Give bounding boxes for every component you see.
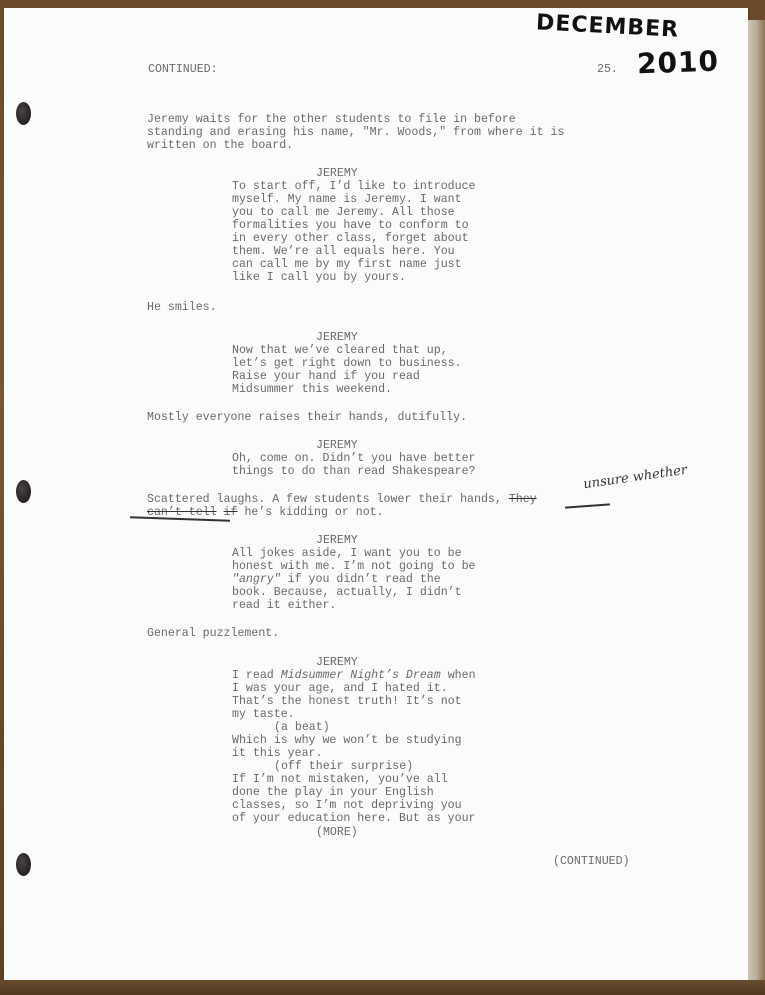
more-marker: (MORE) bbox=[316, 827, 358, 840]
dialogue-line: things to do than read Shakespeare? bbox=[232, 466, 476, 479]
dialogue-line: All jokes aside, I want you to be bbox=[232, 548, 462, 561]
action-line: standing and erasing his name, "Mr. Wood… bbox=[147, 127, 564, 140]
character-name: JEREMY bbox=[316, 440, 358, 453]
dialogue-line: I was your age, and I hated it. bbox=[232, 683, 448, 696]
dialogue-line: let’s get right down to business. bbox=[232, 358, 462, 371]
dialogue-line: read it either. bbox=[232, 600, 336, 613]
parenthetical: (off their surprise) bbox=[274, 761, 413, 774]
dialogue-line: them. We’re all equals here. You bbox=[232, 246, 455, 259]
dialogue-line: "angry" if you didn’t read the bbox=[232, 574, 441, 587]
handwritten-year: 2010 bbox=[636, 45, 719, 81]
dialogue-line: That’s the honest truth! It’s not bbox=[232, 696, 462, 709]
action-line: written on the board. bbox=[147, 140, 293, 153]
character-name: JEREMY bbox=[316, 332, 358, 345]
struck-text: They bbox=[509, 493, 537, 506]
continued-footer: (CONTINUED) bbox=[553, 856, 630, 869]
dialogue-line: Which is why we won’t be studying bbox=[232, 735, 462, 748]
character-name: JEREMY bbox=[316, 535, 358, 548]
dialogue-line: I read Midsummer Night’s Dream when bbox=[232, 670, 476, 683]
punch-hole-icon bbox=[16, 102, 31, 125]
page-number: 25. bbox=[597, 64, 618, 77]
dialogue-line: myself. My name is Jeremy. I want bbox=[232, 194, 462, 207]
paper-edge bbox=[748, 20, 765, 980]
action-text: he’s kidding or not. bbox=[244, 506, 383, 519]
dialogue-line: To start off, I’d like to introduce bbox=[232, 181, 476, 194]
dialogue-text: when bbox=[441, 669, 476, 682]
parenthetical: (a beat) bbox=[274, 722, 330, 735]
dialogue-line: in every other class, forget about bbox=[232, 233, 469, 246]
dialogue-line: done the play in your English bbox=[232, 787, 434, 800]
emphasis-text: "angry" bbox=[232, 573, 281, 586]
dialogue-line: formalities you have to conform to bbox=[232, 220, 469, 233]
character-name: JEREMY bbox=[316, 168, 358, 181]
dialogue-text: if you didn’t read the bbox=[281, 573, 441, 586]
title-text: Midsummer Night’s Dream bbox=[281, 669, 441, 682]
dialogue-line: can call me by my first name just bbox=[232, 259, 462, 272]
struck-text: if bbox=[224, 506, 238, 519]
dialogue-line: like I call you by yours. bbox=[232, 272, 406, 285]
punch-hole-icon bbox=[16, 853, 31, 876]
dialogue-line: Midsummer this weekend. bbox=[232, 384, 392, 397]
dialogue-line: Oh, come on. Didn’t you have better bbox=[232, 453, 476, 466]
action-line: Jeremy waits for the other students to f… bbox=[147, 114, 516, 127]
dialogue-text: I read bbox=[232, 669, 281, 682]
action-line: Scattered laughs. A few students lower t… bbox=[147, 494, 537, 507]
table-surface bbox=[0, 980, 765, 995]
dialogue-line: classes, so I’m not depriving you bbox=[232, 800, 462, 813]
dialogue-line: of your education here. But as your bbox=[232, 813, 476, 826]
dialogue-line: book. Because, actually, I didn’t bbox=[232, 587, 462, 600]
action-line: He smiles. bbox=[147, 302, 217, 315]
dialogue-line: Now that we’ve cleared that up, bbox=[232, 345, 448, 358]
action-line: Mostly everyone raises their hands, duti… bbox=[147, 412, 467, 425]
action-line: General puzzlement. bbox=[147, 628, 279, 641]
dialogue-line: it this year. bbox=[232, 748, 322, 761]
dialogue-line: my taste. bbox=[232, 709, 295, 722]
dialogue-line: you to call me Jeremy. All those bbox=[232, 207, 455, 220]
dialogue-line: Raise your hand if you read bbox=[232, 371, 420, 384]
header-continued: CONTINUED: bbox=[148, 64, 218, 77]
dialogue-line: If I’m not mistaken, you’ve all bbox=[232, 774, 448, 787]
character-name: JEREMY bbox=[316, 657, 358, 670]
dialogue-line: honest with me. I’m not going to be bbox=[232, 561, 476, 574]
punch-hole-icon bbox=[16, 480, 31, 503]
action-text: Scattered laughs. A few students lower t… bbox=[147, 493, 502, 506]
